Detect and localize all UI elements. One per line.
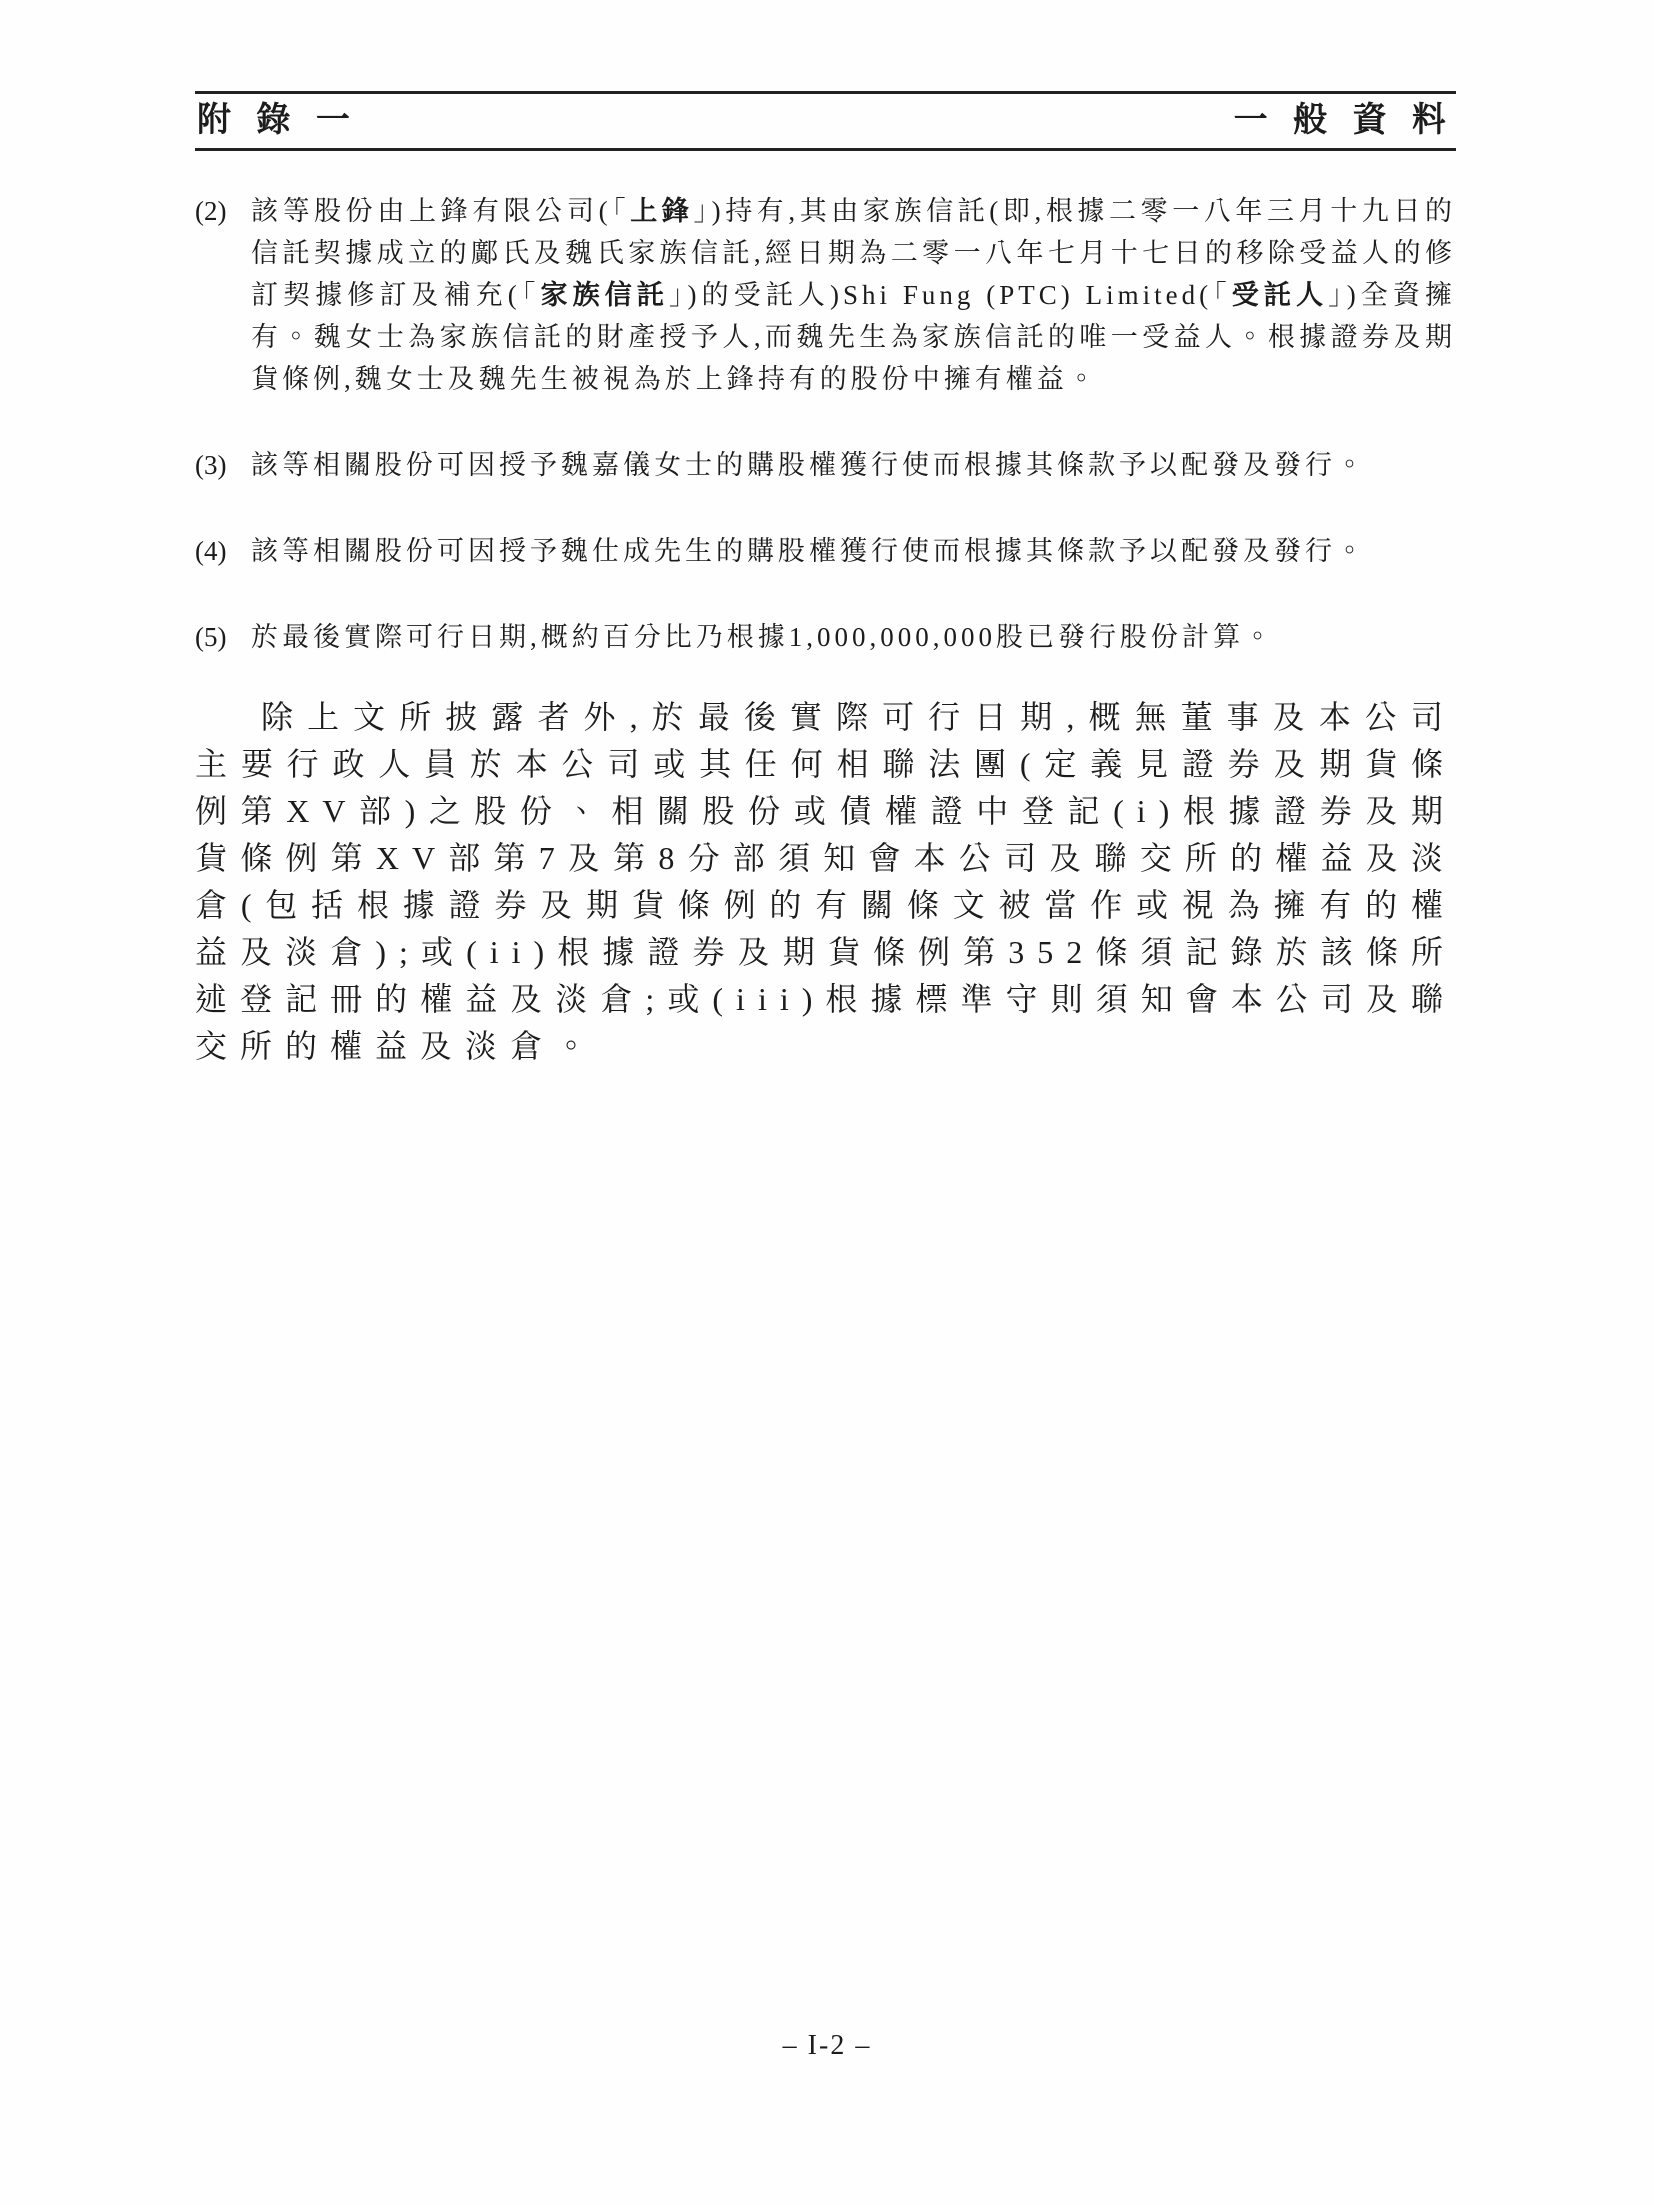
defined-term: 受託人 [1232,280,1328,310]
text-segment: 」)的受託人)Shi Fung (PTC) Limited(「 [669,280,1232,310]
footnote-item-4: (4) 該等相關股份可因授予魏仕成先生的購股權獲行使而根據其條款予以配發及發行。 [195,530,1456,572]
footnote-item-3: (3) 該等相關股份可因授予魏嘉儀女士的購股權獲行使而根據其條款予以配發及發行。 [195,444,1456,486]
footnote-text: 於最後實際可行日期,概約百分比乃根據1,000,000,000股已發行股份計算。 [251,616,1456,658]
footnote-number: (4) [195,530,251,572]
page-header: 附 錄 一 一 般 資 料 [195,91,1456,151]
header-section-title: 一 般 資 料 [1234,103,1454,137]
footnote-text: 該等股份由上鋒有限公司(「上鋒」)持有,其由家族信託(即,根據二零一八年三月十九… [251,190,1456,400]
footnote-text: 該等相關股份可因授予魏仕成先生的購股權獲行使而根據其條款予以配發及發行。 [251,530,1456,572]
document-page: 附 錄 一 一 般 資 料 (2) 該等股份由上鋒有限公司(「上鋒」)持有,其由… [0,0,1654,2205]
page-number: – I-2 – [783,2030,872,2061]
page-header-row: 附 錄 一 一 般 資 料 [195,94,1456,148]
footnote-text: 該等相關股份可因授予魏嘉儀女士的購股權獲行使而根據其條款予以配發及發行。 [251,444,1456,486]
footnote-number: (2) [195,190,251,400]
header-appendix-title: 附 錄 一 [197,103,358,137]
footnote-number: (3) [195,444,251,486]
footnote-item-5: (5) 於最後實際可行日期,概約百分比乃根據1,000,000,000股已發行股… [195,616,1456,658]
page-footer: – I-2 – [0,2030,1654,2062]
footnote-item-2: (2) 該等股份由上鋒有限公司(「上鋒」)持有,其由家族信託(即,根據二零一八年… [195,190,1456,400]
footnotes-section: (2) 該等股份由上鋒有限公司(「上鋒」)持有,其由家族信託(即,根據二零一八年… [195,190,1456,702]
defined-term: 家族信託 [541,280,669,310]
closing-paragraph: 除上文所披露者外,於最後實際可行日期,概無董事及本公司主要行政人員於本公司或其任… [195,694,1456,1070]
defined-term: 上鋒 [630,196,693,226]
text-segment: 該等股份由上鋒有限公司(「 [251,196,630,226]
footnote-number: (5) [195,616,251,658]
